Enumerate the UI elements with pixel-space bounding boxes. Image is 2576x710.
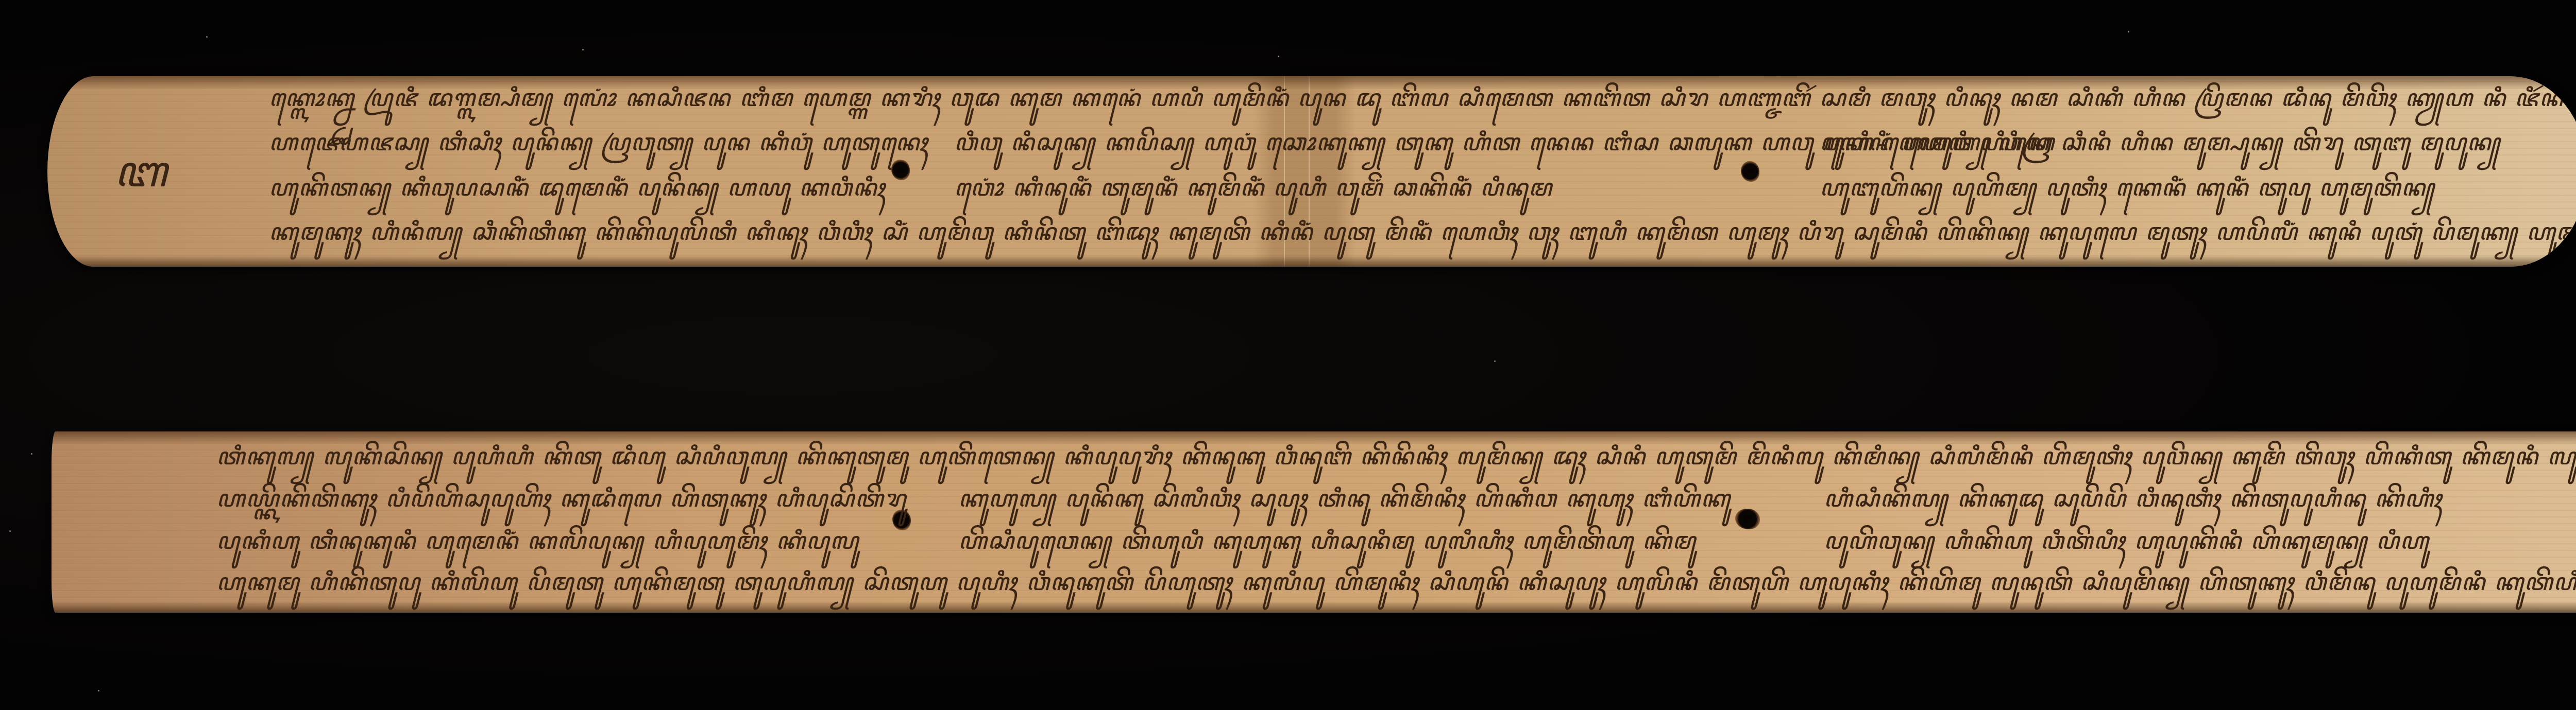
dust-speck xyxy=(582,49,584,50)
text-line-1: ꦏ꧀ꦭꦺꦴꦏ꧀ꦤ꧀ꦛ ꦥꦿꦸꦗꦶ ꦢꦒ꧀ꦭꦩ꧀ꦥꦶꦩ꧀ ꦭꦺꦴꦁ ꦏꦱꦶꦗꦤ ꦧ… xyxy=(269,82,2576,113)
binding-hole-right xyxy=(1735,509,1760,529)
text-line-3-middle: ꦮꦺꦴꦁ ꦏꦶꦤꦸꦤꦶꦁ ꦠꦸꦩꦸꦤꦶꦁ ꦏꦸꦩꦼꦤꦶꦁ ꦥꦸꦲꦶ ꦮꦸꦩꦼꦁ … xyxy=(954,172,1552,203)
text-line-4: ꦲꦸꦏꦸꦩꦸ ꦲꦶꦏꦼꦠꦸꦥꦸ ꦏꦶꦭꦼꦲꦸ ꦥꦼꦩꦸꦠꦸ ꦲꦸꦏꦼꦩꦸꦠꦸ ꦠ… xyxy=(216,566,2576,597)
text-line-3-right: ꦲꦸꦧꦸꦲꦼꦤ꧀ ꦥꦸꦲꦼꦩ꧀ ꦥꦸꦠꦶꦃ ꦏꦺꦤꦶꦁ ꦏꦸꦤꦶꦁ ꦠꦸꦥꦸ ꦲ… xyxy=(1820,172,2435,203)
binding-hole-left xyxy=(891,160,910,180)
dust-speck xyxy=(1278,56,1279,57)
palm-leaf-top: ꦧ ꦏ꧀ꦭꦺꦴꦏ꧀ꦤ꧀ꦛ ꦥꦿꦸꦗꦶ ꦢꦒ꧀ꦭꦩ꧀ꦥꦶꦩ꧀ ꦭꦺꦴꦁ ꦏꦱꦶꦗꦤ… xyxy=(47,76,2576,267)
text-line-2-middle: ꦏꦸꦲꦸꦭ꧀ ꦥꦸꦤꦼꦏꦸ ꦱꦼꦭꦶꦮꦶꦃ ꦱꦸꦥꦸꦃ ꦠꦶꦤꦸ ꦏꦼꦩꦼꦤꦶꦃ… xyxy=(958,483,1731,514)
text-line-3-middle: ꦲꦼꦱꦶꦥꦸꦮꦺꦤ꧀ ꦠꦼꦲꦸꦥꦶ ꦏꦸꦲꦸꦏꦸ ꦲꦶꦱꦸꦤꦶꦩꦸ ꦥꦸꦭꦶꦲꦶ… xyxy=(958,525,1696,556)
dust-speck xyxy=(98,690,99,691)
leaf-side-marker: ꦧ xyxy=(114,138,166,226)
text-line-3-left: ꦥꦸꦏꦶꦲꦸ ꦠꦶꦤꦸꦏꦸꦤꦶ ꦲꦸꦩꦺꦤꦶꦁ ꦏꦭꦼꦥꦸꦤ꧀ ꦲꦶꦥꦸꦲꦸꦩꦼ… xyxy=(216,525,859,556)
dust-speck xyxy=(31,453,32,455)
text-line-4: ꦏꦸꦩꦸꦏꦸꦃ ꦲꦶꦤꦶꦭ꧀ ꦕꦶꦏꦼꦠꦶꦏꦸ ꦏꦼꦏꦼꦥꦸꦭꦼꦠꦶ ꦏꦶꦤꦸꦃ… xyxy=(269,216,2576,247)
binding-hole-right xyxy=(1741,161,1759,182)
leaf-edge-shadow xyxy=(52,601,2576,613)
text-line-2-right: ꦥꦸꦲꦶ ꦲꦺꦩꦸꦠ꧀ ꦮꦶꦥꦿ ꦕꦶꦤꦶ ꦲꦶꦤ ꦩꦸꦩ꧀ꦥꦸꦤ꧀ ꦠꦼꦫꦸ … xyxy=(1820,127,2501,158)
text-line-3-left: ꦲꦸꦏꦼꦠꦤ꧀ ꦏꦶꦮꦸꦥꦱꦤꦶꦁ ꦢꦸꦩꦺꦤꦶꦁ ꦥꦸꦤꦼꦤ꧀ ꦲꦪꦸ ꦏꦮꦶ… xyxy=(269,172,886,203)
leaf-edge-shadow xyxy=(47,255,2576,267)
palm-leaf-bottom: ꦠꦶꦏꦸꦭ꧀ ꦭꦸꦏꦼꦱꦼꦤ꧀ ꦥꦸꦲꦶꦲꦶ ꦏꦼꦠꦸ ꦢꦶꦲꦸ ꦱꦶꦥꦶꦮꦸꦭ… xyxy=(52,431,2576,613)
dust-speck xyxy=(206,36,208,38)
text-line-2-left: ꦲꦗꦺꦲꦗꦱ꧀ ꦠꦶꦱꦶꦃ ꦥꦸꦤꦼꦤ꧀ ꦥꦿꦮꦸꦠ꧀ ꦥꦸꦤ ꦏꦶꦮꦸꦁ ꦲꦸ… xyxy=(269,127,928,158)
dust-speck xyxy=(2128,31,2129,32)
text-line-1: ꦠꦶꦏꦸꦭ꧀ ꦭꦸꦏꦼꦱꦼꦤ꧀ ꦥꦸꦲꦶꦲꦶ ꦏꦼꦠꦸ ꦢꦶꦲꦸ ꦱꦶꦥꦶꦮꦸꦭ… xyxy=(216,441,2576,472)
dust-speck xyxy=(1494,360,1496,362)
text-line-2-right: ꦲꦶꦱꦶꦏꦼꦭ꧀ ꦏꦼꦏꦸꦢꦸ ꦱꦸꦥꦼꦥꦼ ꦮꦶꦤꦸꦠꦶꦃ ꦏꦼꦠꦸꦥꦸꦲꦶꦤ… xyxy=(1824,483,2442,514)
text-line-3-right: ꦥꦸꦲꦼꦮꦸꦤ꧀ ꦲꦶꦏꦼꦲꦸ ꦮꦶꦠꦼꦥꦶꦃ ꦲꦸꦥꦸꦏꦼꦤꦶ ꦲꦼꦏꦸꦩꦸꦤ… xyxy=(1824,525,2429,556)
text-line-2-left: ꦲꦪ꧀ꦏꦼꦏꦼꦠꦼꦏꦸꦃ ꦥꦶꦥꦼꦲꦼꦱꦸꦥꦸꦲꦼꦃ ꦏꦸꦢꦶꦭꦺ ꦲꦼꦠꦸꦏꦸ… xyxy=(216,483,907,514)
dust-speck xyxy=(9,530,11,532)
